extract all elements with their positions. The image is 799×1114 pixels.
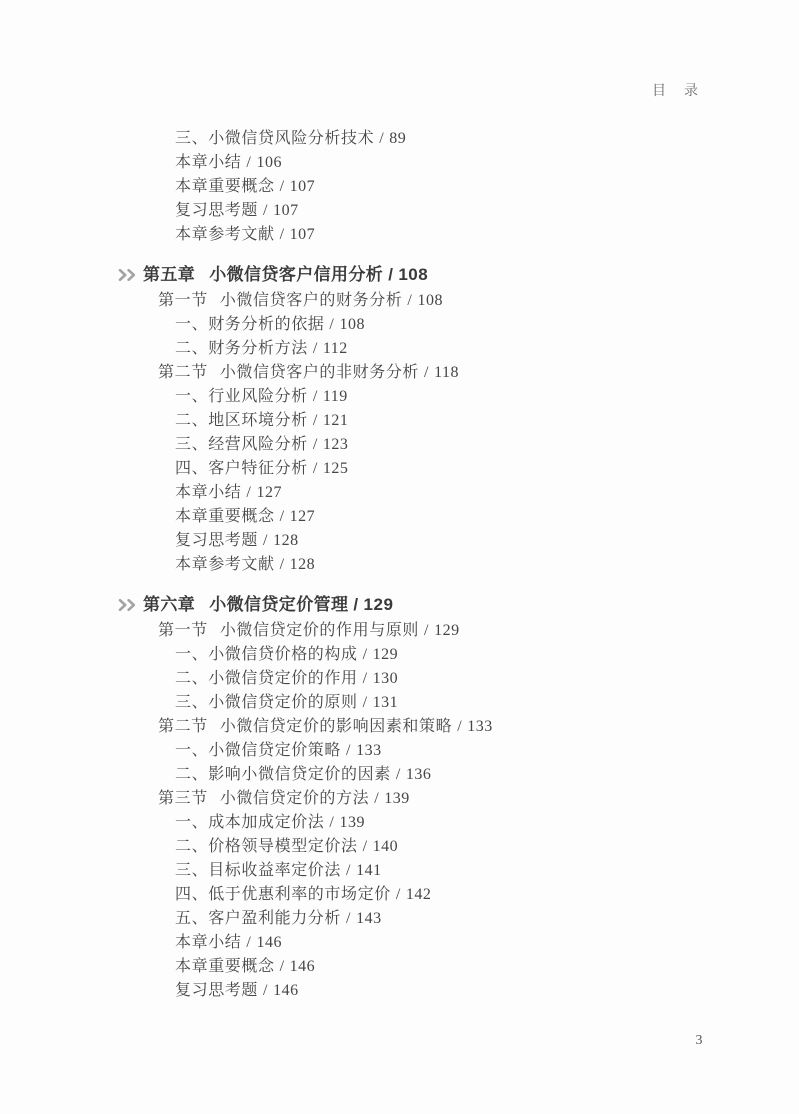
toc-entry-item: 本章重要概念/146 (143, 955, 723, 979)
toc-entry-title: 本章重要概念 (175, 508, 275, 525)
toc-entry-page-number: 133 (356, 742, 382, 759)
toc-entry-item: 二、价格领导模型定价法/140 (143, 835, 723, 859)
toc-entry-title: 小微信贷定价的方法 (220, 790, 369, 807)
toc-entry-title: 本章小结 (175, 154, 241, 171)
toc-entry-page-number: 131 (373, 694, 399, 711)
toc-entry-title: 小微信贷定价的影响因素和策略 (220, 718, 452, 735)
toc-entry-item: 本章参考文献/107 (143, 223, 723, 247)
toc-entry-item: 二、财务分析方法/112 (143, 337, 723, 361)
toc-entry-separator: / (363, 646, 368, 663)
book-toc-page: 目 录 三、小微信贷风险分析技术/89本章小结/106本章重要概念/107复习思… (0, 0, 799, 1114)
toc-entry-page-number: 107 (290, 226, 316, 243)
toc-entry-title: 三、小微信贷定价的原则 (175, 694, 358, 711)
toc-entry-separator: / (363, 838, 368, 855)
toc-entry-page-number: 140 (373, 838, 399, 855)
toc-entry-separator: / (313, 388, 318, 405)
toc-entry-item: 复习思考题/146 (143, 979, 723, 1003)
toc-entry-label: 第三节 (158, 790, 208, 807)
toc-entry-item: 一、小微信贷定价策略/133 (143, 739, 723, 763)
toc-entry-title: 二、财务分析方法 (175, 340, 308, 357)
toc-entry-title: 本章参考文献 (175, 556, 275, 573)
toc-entry-section: 第二节小微信贷客户的非财务分析/118 (143, 361, 723, 385)
toc-entry-page-number: 112 (323, 340, 348, 357)
toc-entry-page-number: 143 (356, 910, 382, 927)
toc-entry-separator: / (313, 340, 318, 357)
toc-entry-page-number: 108 (398, 265, 428, 284)
toc-entry-item: 三、目标收益率定价法/141 (143, 859, 723, 883)
toc-entry-page-number: 107 (273, 202, 299, 219)
toc-entry-page-number: 129 (364, 595, 394, 614)
toc-entry-separator: / (263, 532, 268, 549)
toc-entry-separator: / (246, 154, 251, 171)
toc-entry-separator: / (363, 670, 368, 687)
toc-entry-title: 三、目标收益率定价法 (175, 862, 341, 879)
double-chevron-right-icon (118, 269, 139, 281)
toc-entry-page-number: 127 (290, 508, 316, 525)
toc-entry-title: 三、经营风险分析 (175, 436, 308, 453)
toc-entry-title: 二、价格领导模型定价法 (175, 838, 358, 855)
toc-entry-label: 第一节 (158, 622, 208, 639)
toc-entry-title: 二、影响小微信贷定价的因素 (175, 766, 391, 783)
toc-entry-title: 小微信贷客户的财务分析 (220, 292, 403, 309)
toc-entry-title: 小微信贷定价管理 (209, 595, 348, 614)
toc-entry-page-number: 123 (323, 436, 349, 453)
toc-entry-separator: / (457, 718, 462, 735)
page-number: 3 (688, 1033, 710, 1049)
toc-entry-item: 本章小结/127 (143, 481, 723, 505)
toc-entry-page-number: 127 (256, 484, 282, 501)
toc-entry-page-number: 121 (323, 412, 349, 429)
toc-entry-title: 复习思考题 (175, 532, 258, 549)
toc-entry-label: 第二节 (158, 718, 208, 735)
toc-entry-title: 复习思考题 (175, 982, 258, 999)
toc-entry-page-number: 119 (323, 388, 348, 405)
toc-entry-page-number: 129 (434, 622, 460, 639)
toc-entry-page-number: 133 (467, 718, 493, 735)
toc-entry-separator: / (374, 790, 379, 807)
toc-entry-item: 一、行业风险分析/119 (143, 385, 723, 409)
toc-entry-page-number: 89 (389, 130, 406, 147)
toc-entry-title: 四、客户特征分析 (175, 460, 308, 477)
toc-entry-title: 本章重要概念 (175, 178, 275, 195)
toc-entry-page-number: 139 (339, 814, 365, 831)
toc-entry-item: 本章小结/146 (143, 931, 723, 955)
toc-entry-item: 三、小微信贷定价的原则/131 (143, 691, 723, 715)
toc-entry-title: 复习思考题 (175, 202, 258, 219)
toc-entry-item: 三、经营风险分析/123 (143, 433, 723, 457)
toc-entry-title: 本章参考文献 (175, 226, 275, 243)
toc-entry-title: 小微信贷客户的非财务分析 (220, 364, 419, 381)
toc-entry-separator: / (396, 886, 401, 903)
page-header-title: 目 录 (652, 82, 700, 98)
toc-entry-page-number: 136 (406, 766, 432, 783)
toc-entry-separator: / (424, 364, 429, 381)
toc-entry-item: 本章重要概念/127 (143, 505, 723, 529)
toc-entry-separator: / (396, 766, 401, 783)
toc-entry-item: 复习思考题/107 (143, 199, 723, 223)
toc-entry-title: 本章小结 (175, 484, 241, 501)
toc-entry-item: 二、小微信贷定价的作用/130 (143, 667, 723, 691)
toc-entry-separator: / (346, 742, 351, 759)
toc-entry-page-number: 141 (356, 862, 382, 879)
toc-entry-separator: / (313, 436, 318, 453)
toc-entry-label: 第六章 (143, 595, 195, 614)
toc-entry-item: 四、低于优惠利率的市场定价/142 (143, 883, 723, 907)
toc-entry-title: 三、小微信贷风险分析技术 (175, 130, 374, 147)
toc-entry-page-number: 129 (373, 646, 399, 663)
toc-entry-title: 一、小微信贷定价策略 (175, 742, 341, 759)
toc-entry-chapter: 第六章小微信贷定价管理/129 (143, 591, 723, 619)
toc-entry-section: 第一节小微信贷定价的作用与原则/129 (143, 619, 723, 643)
toc-entry-page-number: 125 (323, 460, 349, 477)
double-chevron-right-icon (118, 599, 139, 611)
toc-entry-separator: / (353, 595, 358, 614)
toc-entry-item: 本章重要概念/107 (143, 175, 723, 199)
toc-entry-page-number: 107 (290, 178, 316, 195)
toc-entry-label: 第一节 (158, 292, 208, 309)
toc-entry-section: 第一节小微信贷客户的财务分析/108 (143, 289, 723, 313)
page-header: 目 录 (652, 80, 700, 100)
toc-entry-page-number: 108 (339, 316, 365, 333)
toc-entry-title: 一、财务分析的依据 (175, 316, 324, 333)
toc-entry-page-number: 146 (290, 958, 316, 975)
toc-entry-section: 第二节小微信贷定价的影响因素和策略/133 (143, 715, 723, 739)
toc-entry-separator: / (346, 862, 351, 879)
toc-entry-title: 一、行业风险分析 (175, 388, 308, 405)
toc-entry-item: 三、小微信贷风险分析技术/89 (143, 127, 723, 151)
toc-entry-title: 二、小微信贷定价的作用 (175, 670, 358, 687)
toc-entry-title: 一、成本加成定价法 (175, 814, 324, 831)
toc-entry-chapter: 第五章小微信贷客户信用分析/108 (143, 261, 723, 289)
toc-entry-separator: / (246, 484, 251, 501)
toc-entry-page-number: 146 (256, 934, 282, 951)
toc-entry-section: 第三节小微信贷定价的方法/139 (143, 787, 723, 811)
toc-entry-page-number: 130 (373, 670, 399, 687)
toc-entry-item: 一、小微信贷价格的构成/129 (143, 643, 723, 667)
toc-entry-item: 一、财务分析的依据/108 (143, 313, 723, 337)
toc-entry-label: 第二节 (158, 364, 208, 381)
toc-entry-page-number: 142 (406, 886, 432, 903)
toc-entry-item: 复习思考题/128 (143, 529, 723, 553)
toc-entry-page-number: 108 (417, 292, 443, 309)
toc-entry-separator: / (313, 460, 318, 477)
toc-entry-page-number: 128 (273, 532, 299, 549)
toc-entry-title: 四、低于优惠利率的市场定价 (175, 886, 391, 903)
toc-entry-item: 五、客户盈利能力分析/143 (143, 907, 723, 931)
toc-entry-page-number: 128 (290, 556, 316, 573)
toc-entry-item: 二、影响小微信贷定价的因素/136 (143, 763, 723, 787)
toc-entry-title: 本章小结 (175, 934, 241, 951)
toc-entry-title: 小微信贷定价的作用与原则 (220, 622, 419, 639)
toc-entry-item: 二、地区环境分析/121 (143, 409, 723, 433)
toc-entry-separator: / (407, 292, 412, 309)
toc-entry-separator: / (388, 265, 393, 284)
toc-entry-title: 一、小微信贷价格的构成 (175, 646, 358, 663)
toc-entry-page-number: 139 (384, 790, 410, 807)
toc-entry-separator: / (280, 958, 285, 975)
toc-entry-label: 第五章 (143, 265, 195, 284)
toc-entry-title: 本章重要概念 (175, 958, 275, 975)
toc-entry-separator: / (280, 556, 285, 573)
toc-entry-separator: / (280, 508, 285, 525)
toc-entry-page-number: 146 (273, 982, 299, 999)
toc-entry-title: 五、客户盈利能力分析 (175, 910, 341, 927)
toc-entry-separator: / (363, 694, 368, 711)
toc-entry-separator: / (263, 202, 268, 219)
toc-entry-separator: / (329, 316, 334, 333)
toc-entry-separator: / (280, 178, 285, 195)
toc-entry-separator: / (379, 130, 384, 147)
toc-entry-separator: / (280, 226, 285, 243)
toc-entry-item: 本章小结/106 (143, 151, 723, 175)
toc-entry-item: 一、成本加成定价法/139 (143, 811, 723, 835)
toc-entry-separator: / (424, 622, 429, 639)
toc-entry-separator: / (246, 934, 251, 951)
toc-entry-item: 四、客户特征分析/125 (143, 457, 723, 481)
toc-entry-separator: / (329, 814, 334, 831)
toc-entry-page-number: 118 (434, 364, 459, 381)
toc-entry-title: 二、地区环境分析 (175, 412, 308, 429)
toc-entry-separator: / (313, 412, 318, 429)
toc-list: 三、小微信贷风险分析技术/89本章小结/106本章重要概念/107复习思考题/1… (143, 127, 723, 1003)
toc-entry-separator: / (263, 982, 268, 999)
toc-entry-separator: / (346, 910, 351, 927)
toc-entry-page-number: 106 (256, 154, 282, 171)
toc-entry-title: 小微信贷客户信用分析 (209, 265, 383, 284)
toc-entry-item: 本章参考文献/128 (143, 553, 723, 577)
